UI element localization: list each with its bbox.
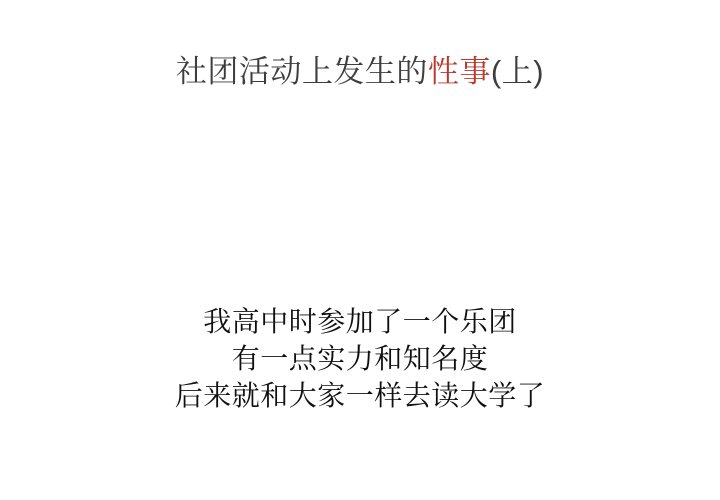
- comic-page: 社团活动上发生的性事(上) 我高中时参加了一个乐团 有一点实力和知名度 后来就和…: [0, 0, 720, 500]
- narration-line-3: 后来就和大家一样去读大学了: [0, 377, 720, 414]
- title-suffix: (上): [491, 54, 544, 89]
- narration-line-2: 有一点实力和知名度: [0, 340, 720, 377]
- title-prefix: 社团活动上发生的: [176, 54, 428, 89]
- narration-line-1: 我高中时参加了一个乐团: [0, 303, 720, 340]
- title-highlight: 性事: [428, 54, 491, 89]
- page-title: 社团活动上发生的性事(上): [0, 52, 720, 92]
- narration-block: 我高中时参加了一个乐团 有一点实力和知名度 后来就和大家一样去读大学了: [0, 303, 720, 414]
